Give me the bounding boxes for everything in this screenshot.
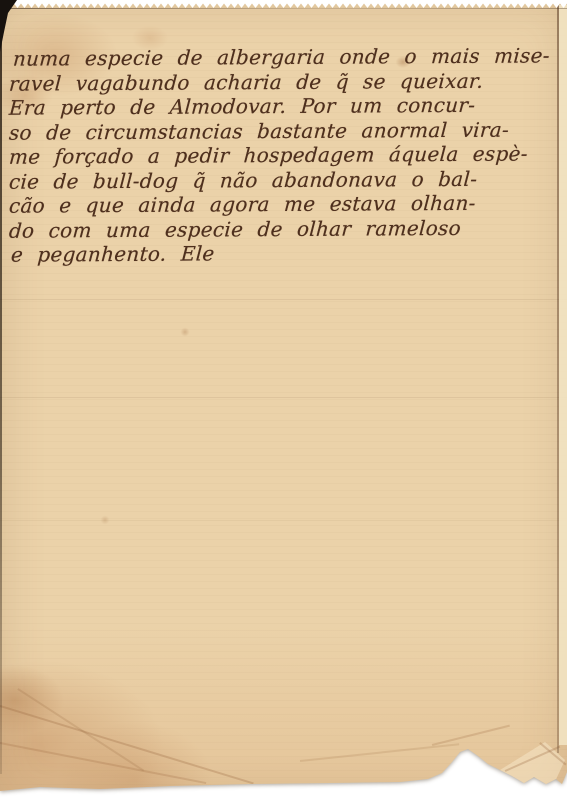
crease-line (0, 705, 254, 784)
handwriting-block: numa especie de albergaria onde o mais m… (9, 45, 561, 266)
handwriting-line: Era perto de Almodovar. Por um concur- (8, 92, 562, 120)
crease-line (0, 299, 567, 300)
handwriting-line: do com uma especie de olhar rameloso (8, 215, 562, 243)
handwriting-line: so de circumstancias bastante anormal vi… (8, 117, 562, 145)
crease-line (0, 397, 567, 398)
paper-left-edge-shadow (0, 4, 2, 774)
handwriting-line: me forçado a pedir hospedagem áquela esp… (8, 141, 562, 169)
crease-line (0, 742, 206, 784)
paper-sheet: numa especie de albergaria onde o mais m… (0, 0, 567, 800)
paper-sheet-wrapper: numa especie de albergaria onde o mais m… (0, 0, 567, 800)
handwriting-line: e peganhento. Ele (8, 239, 562, 267)
perforated-edge (0, 0, 567, 9)
handwriting-line: ravel vagabundo acharia de q̃ se queixar… (8, 68, 562, 96)
crease-line (300, 743, 459, 761)
handwriting-line: cie de bull-dog q̃ não abandonava o bal- (8, 166, 562, 194)
scanned-manuscript-page: numa especie de albergaria onde o mais m… (0, 0, 567, 800)
crease-line (0, 520, 567, 521)
crease-line (432, 725, 510, 746)
handwriting-line: numa especie de albergaria onde o mais m… (8, 43, 562, 71)
handwriting-line: cão e que ainda agora me estava olhan- (8, 190, 562, 218)
